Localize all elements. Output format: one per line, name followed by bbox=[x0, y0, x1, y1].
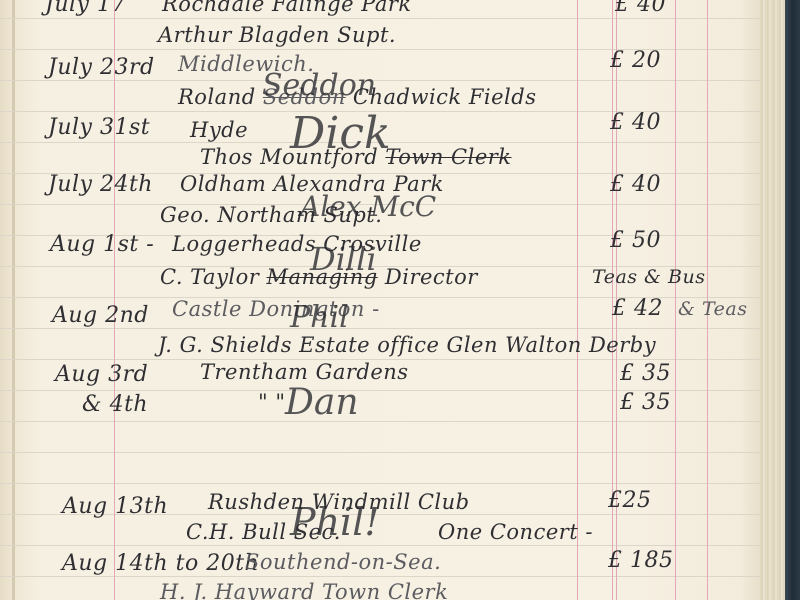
entry-note: & Teas bbox=[678, 298, 747, 320]
entry-venue: Trentham Gardens bbox=[200, 360, 409, 384]
signature: Alex McC bbox=[300, 190, 436, 223]
entry-venue: Rochdale Falinge Park bbox=[162, 0, 412, 16]
entry-date: Aug 1st - bbox=[50, 232, 154, 257]
amount-column-rule bbox=[577, 0, 578, 600]
signature: Seddon bbox=[262, 68, 376, 103]
entry-venue-repeat: " " bbox=[258, 390, 286, 414]
entry-venue: Hyde bbox=[190, 118, 248, 142]
contact-title: Town Clerk bbox=[385, 145, 511, 169]
contact-title: Director bbox=[385, 265, 478, 289]
book-cover bbox=[785, 0, 800, 600]
page-gutter-fold bbox=[12, 0, 15, 600]
entry-date: Aug 3rd bbox=[55, 362, 148, 387]
signature: Phil bbox=[290, 300, 349, 335]
entry-contact: C.H. Bull Sec. bbox=[186, 520, 341, 544]
entry-note: Teas & Bus bbox=[592, 266, 705, 288]
entry-note: One Concert - bbox=[438, 520, 593, 544]
entry-contact: C. Taylor Managing Director bbox=[160, 265, 478, 289]
entry-contact: H. J. Hayward Town Clerk bbox=[160, 580, 448, 600]
entry-date: Aug 2nd bbox=[52, 303, 149, 328]
entry-date: July 31st bbox=[48, 115, 150, 140]
entry-amount: £ 20 bbox=[610, 48, 661, 73]
entry-contact: Thos Mountford Town Clerk bbox=[200, 145, 512, 169]
entry-amount: £ 40 bbox=[610, 110, 661, 135]
entry-amount: £ 42 bbox=[612, 296, 663, 321]
entry-venue: Loggerheads Crosville bbox=[172, 232, 422, 256]
entry-venue: Southend-on-Sea. bbox=[245, 550, 441, 574]
entry-date: July 17 bbox=[45, 0, 126, 17]
entry-contact: J. G. Shields Estate office Glen Walton … bbox=[158, 333, 656, 357]
ledger-page: July 17 Rochdale Falinge Park £ 40 Arthu… bbox=[0, 0, 760, 600]
signature: Dan bbox=[285, 382, 359, 423]
pence-column-rule bbox=[675, 0, 676, 600]
entry-date: July 24th bbox=[48, 172, 153, 197]
entry-date: Aug 13th bbox=[62, 494, 168, 519]
entry-amount: £ 40 bbox=[615, 0, 666, 17]
contact-location: Chadwick Fields bbox=[353, 85, 537, 109]
entry-amount: £ 35 bbox=[620, 361, 671, 386]
entry-contact: Arthur Blagden Supt. bbox=[158, 23, 396, 47]
contact-name: Thos Mountford bbox=[200, 145, 378, 169]
entry-date: Aug 14th to 20th bbox=[62, 551, 259, 576]
page-edges bbox=[760, 0, 785, 600]
entry-amount: £ 40 bbox=[610, 172, 661, 197]
entry-amount: £25 bbox=[608, 488, 652, 513]
entry-date: & 4th bbox=[82, 392, 148, 417]
entry-date: July 23rd bbox=[48, 55, 155, 80]
entry-amount: £ 185 bbox=[608, 548, 673, 573]
entry-amount: £ 35 bbox=[620, 390, 671, 415]
contact-title-struck: Managing bbox=[267, 265, 378, 289]
contact-name: C. Taylor bbox=[160, 265, 259, 289]
entry-amount: £ 50 bbox=[610, 228, 661, 253]
contact-first-name: Roland bbox=[178, 85, 256, 109]
